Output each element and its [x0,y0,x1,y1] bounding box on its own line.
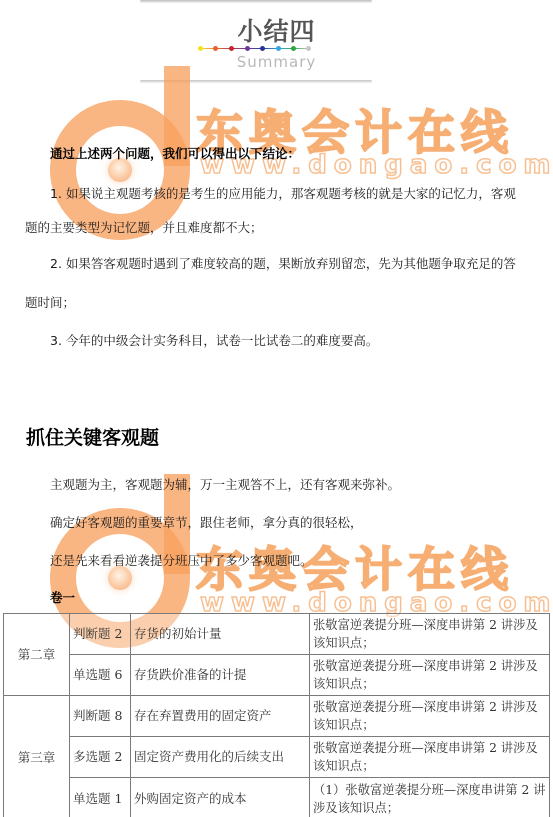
conclusion-item-3: 3. 今年的中级会计实务科目，试卷一比试卷二的难度要高。 [50,331,378,349]
table-row: 多选题 2 固定资产费用化的后续支出 张敬富逆袭提分班—深度串讲第 2 讲涉及该… [4,737,550,778]
dot-icon [229,46,234,51]
chapter-cell: 第三章 [4,696,70,817]
chapter-questions-table: 第二章 判断题 2 存货的初始计量 张敬富逆袭提分班—深度串讲第 2 讲涉及该知… [3,613,550,817]
section-paragraph: 还是先来看看逆袭提分班压中了多少客观题吧。 [50,551,313,569]
question-type-cell: 判断题 8 [70,696,131,737]
header-divider-top [140,0,372,3]
conclusion-item-2-line-1: 2. 如果答客观题时遇到了难度较高的题，果断放弃别留恋，先为其他题争取充足的答 [50,254,516,272]
conclusion-intro: 通过上述两个问题，我们可以得出以下结论： [50,144,300,162]
question-type-cell: 判断题 2 [70,614,131,655]
topic-cell: 存货跌价准备的计提 [131,655,310,696]
topic-cell: 存在弃置费用的固定资产 [131,696,310,737]
conclusion-item-2-line-2: 题时间； [25,293,75,311]
question-type-cell: 单选题 6 [70,655,131,696]
course-reference-cell: 张敬富逆袭提分班—深度串讲第 2 讲涉及该知识点； [310,737,550,778]
dot-icon [306,46,311,51]
dot-icon [291,46,296,51]
course-reference-cell: 张敬富逆袭提分班—深度串讲第 2 讲涉及该知识点； [310,614,550,655]
dot-icon [245,46,250,51]
conclusion-item-1-line-2: 题的主要类型为记忆题，并且难度都不大； [25,218,263,236]
topic-cell: 固定资产费用化的后续支出 [131,737,310,778]
table-row: 第三章 判断题 8 存在弃置费用的固定资产 张敬富逆袭提分班—深度串讲第 2 讲… [4,696,550,737]
table-row: 第二章 判断题 2 存货的初始计量 张敬富逆袭提分班—深度串讲第 2 讲涉及该知… [4,614,550,655]
paper-label: 卷一 [50,588,75,606]
course-reference-cell: 张敬富逆袭提分班—深度串讲第 2 讲涉及该知识点； [310,696,550,737]
dot-icon [213,46,218,51]
section-paragraph: 确定好客观题的重要章节，跟住老师，拿分真的很轻松， [50,513,363,531]
section-heading: 抓住关键客观题 [26,423,159,450]
summary-title: 小结四 [0,12,553,48]
course-reference-cell: （1）张敬富逆袭提分班—深度串讲第 2 讲涉及该知识点； [310,778,550,817]
topic-cell: 存货的初始计量 [131,614,310,655]
question-type-cell: 多选题 2 [70,737,131,778]
chapter-cell: 第二章 [4,614,70,696]
dot-icon [198,46,203,51]
dot-icon [276,46,281,51]
question-type-cell: 单选题 1 [70,778,131,817]
table-row: 单选题 1 外购固定资产的成本 （1）张敬富逆袭提分班—深度串讲第 2 讲涉及该… [4,778,550,817]
logo-core [108,566,132,590]
table-row: 单选题 6 存货跌价准备的计提 张敬富逆袭提分班—深度串讲第 2 讲涉及该知识点… [4,655,550,696]
summary-header: 小结四 Summary [0,0,553,84]
topic-cell: 外购固定资产的成本 [131,778,310,817]
color-dots-divider [198,46,312,52]
dot-icon [260,46,265,51]
conclusion-item-1-line-1: 1. 如果说主观题考核的是考生的应用能力，那客观题考核的就是大家的记忆力，客观 [50,184,516,202]
summary-subtitle: Summary [0,53,553,71]
section-paragraph: 主观题为主，客观题为辅，万一主观答不上，还有客观来弥补。 [50,475,400,493]
course-reference-cell: 张敬富逆袭提分班—深度串讲第 2 讲涉及该知识点； [310,655,550,696]
